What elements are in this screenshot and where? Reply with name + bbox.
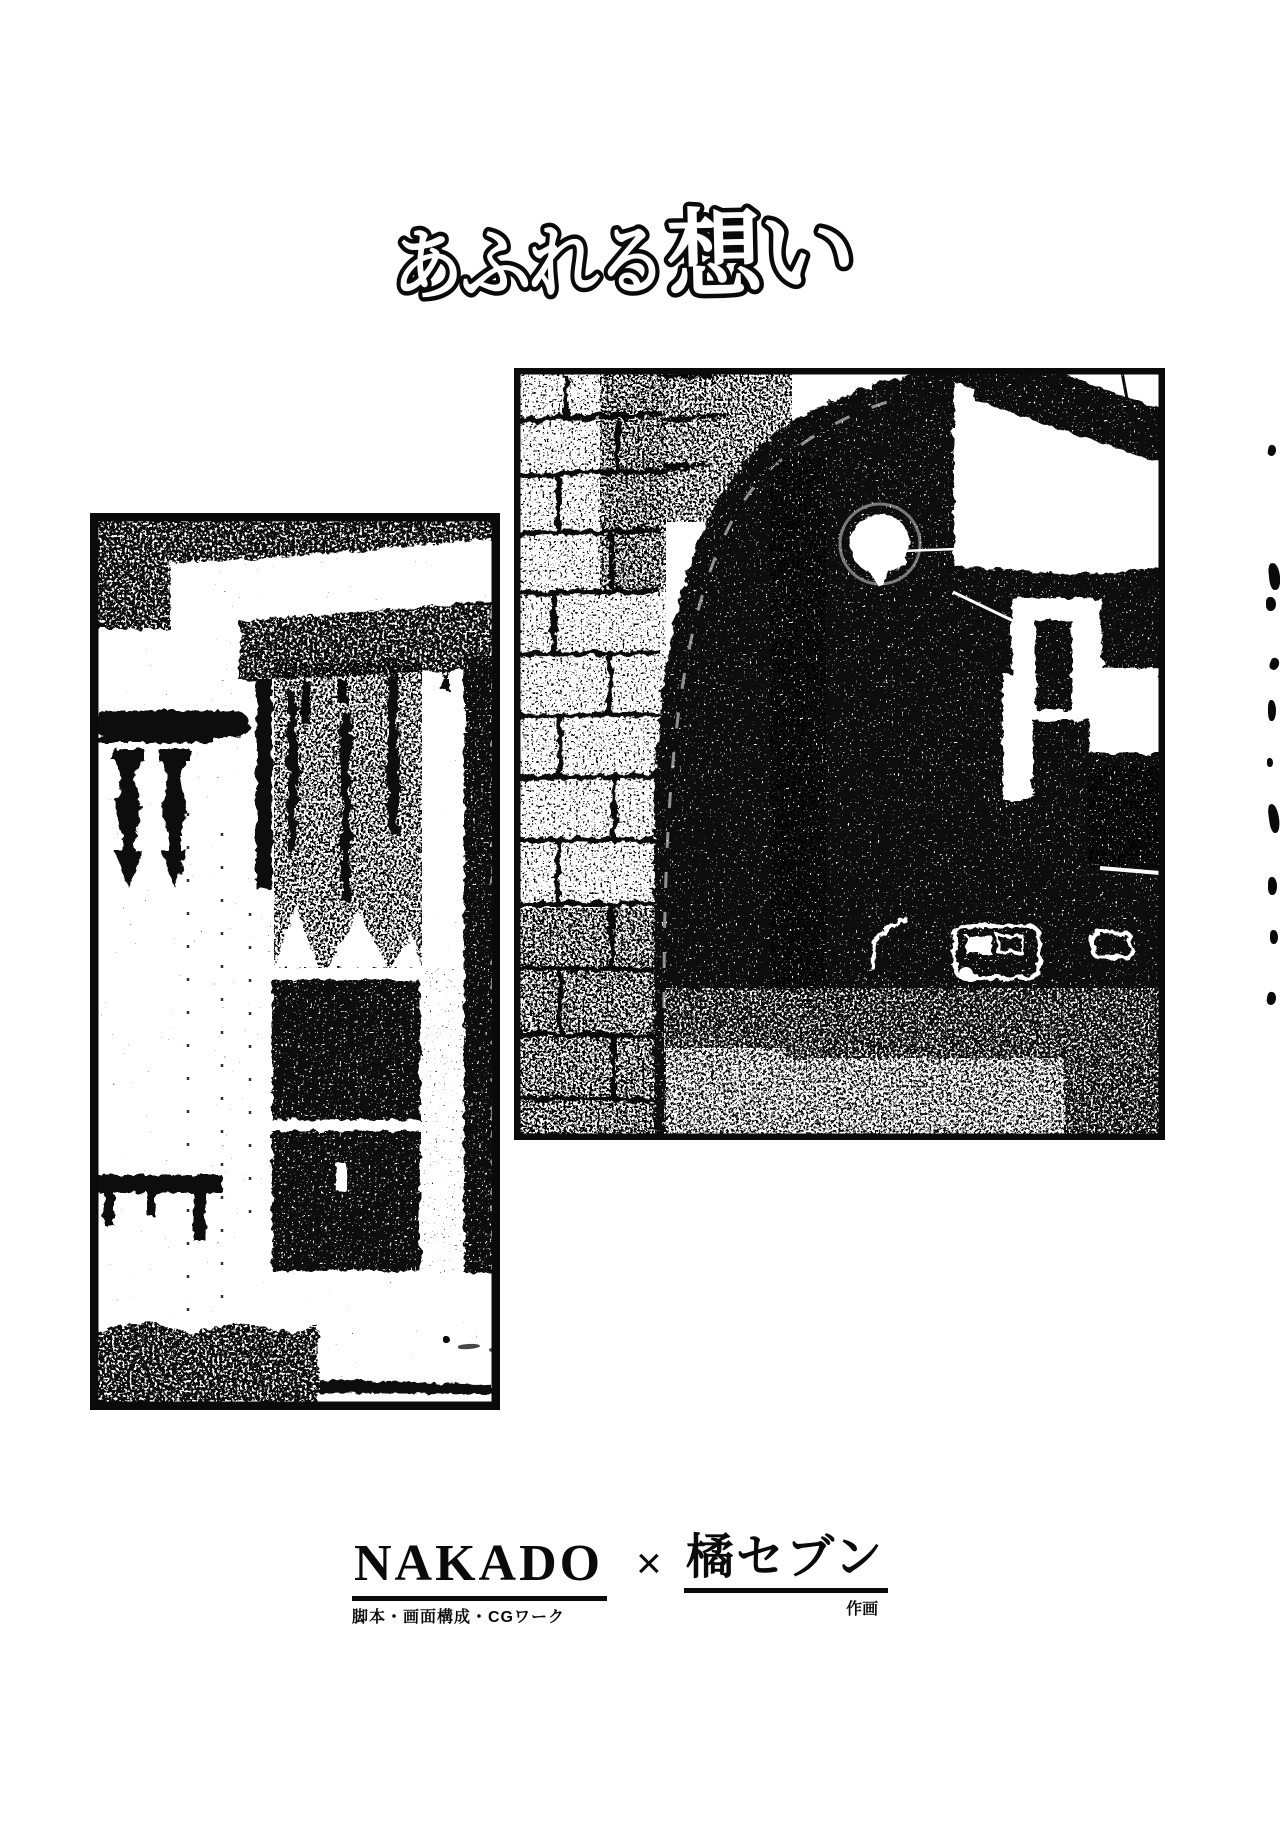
credit-writer-role: 脚本・画面構成・CGワーク <box>352 1604 607 1627</box>
title-kana: あふれる <box>391 216 665 312</box>
page-title: あふれる 想い <box>388 186 866 318</box>
french-window-photo <box>90 513 500 1410</box>
stone-archway-photo <box>514 368 1165 1140</box>
credit-separator: × <box>636 1542 662 1586</box>
credit-writer-name: NAKADO <box>352 1538 607 1601</box>
credit-artist: 橘セブン 作画 <box>684 1534 888 1619</box>
credit-artist-role: 作画 <box>684 1596 888 1619</box>
credit-artist-name: 橘セブン <box>684 1534 888 1593</box>
title-kanji: 想い <box>665 196 853 312</box>
credit-writer: NAKADO 脚本・画面構成・CGワーク <box>352 1538 607 1627</box>
svg-text:あふれる 想い: あふれる 想い <box>391 196 854 318</box>
scanned-page: { "page": { "paper": "#ffffff", "ink": "… <box>0 0 1280 1823</box>
title-lettering: あふれる 想い <box>388 186 866 318</box>
